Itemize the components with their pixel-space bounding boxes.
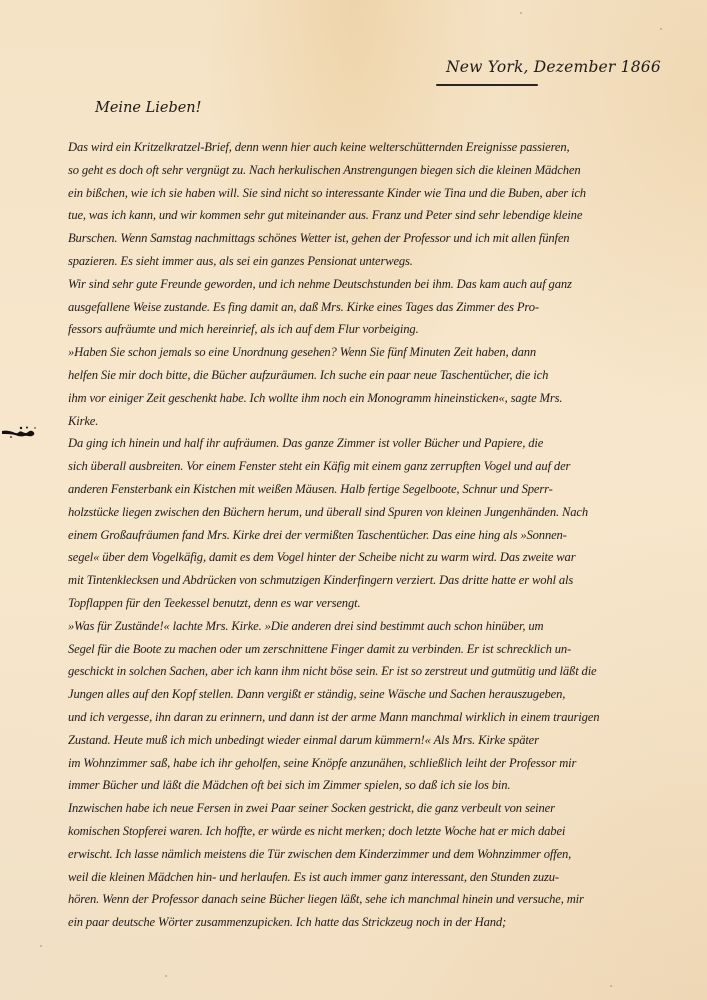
letter-dateline: New York, Dezember 1866 — [446, 58, 661, 76]
letter-line: ihm vor einiger Zeit geschenkt habe. Ich… — [68, 387, 648, 410]
letter-line: geschickt in solchen Sachen, aber ich ka… — [68, 660, 648, 683]
letter-line: weil die kleinen Mädchen hin- und herlau… — [68, 866, 648, 889]
ink-blot-icon — [2, 425, 38, 439]
letter-line: sich überall ausbreiten. Vor einem Fenst… — [68, 455, 648, 478]
letter-line: Burschen. Wenn Samstag nachmittags schön… — [68, 227, 648, 250]
paper-speck — [660, 28, 662, 30]
letter-line: und ich vergesse, ihn daran zu erinnern,… — [68, 706, 648, 729]
paper-speck — [165, 975, 167, 977]
letter-line: ausgefallene Weise zustande. Es fing dam… — [68, 296, 648, 319]
letter-line: Das wird ein Kritzelkratzel-Brief, denn … — [68, 136, 648, 159]
letter-line: einem Großaufräumen fand Mrs. Kirke drei… — [68, 524, 648, 547]
letter-line: Jungen alles auf den Kopf stellen. Dann … — [68, 683, 648, 706]
letter-line: mit Tintenklecksen und Abdrücken von sch… — [68, 569, 648, 592]
letter-line: Da ging ich hinein und half ihr aufräume… — [68, 432, 648, 455]
letter-line: holzstücke liegen zwischen den Büchern h… — [68, 501, 648, 524]
letter-page: New York, Dezember 1866 Meine Lieben! Da… — [0, 0, 707, 1000]
letter-line: Kirke. — [68, 410, 648, 433]
letter-line: immer Bücher und läßt die Mädchen oft be… — [68, 774, 648, 797]
letter-line: Inzwischen habe ich neue Fersen in zwei … — [68, 797, 648, 820]
dateline-underline — [436, 84, 538, 86]
letter-line: ein paar deutsche Wörter zusammenzupicke… — [68, 911, 648, 934]
letter-line: erwischt. Ich lasse nämlich meistens die… — [68, 843, 648, 866]
letter-line: Segel für die Boote zu machen oder um ze… — [68, 638, 648, 661]
letter-line: ein bißchen, wie ich sie haben will. Sie… — [68, 182, 648, 205]
letter-line: Topflappen für den Teekessel benutzt, de… — [68, 592, 648, 615]
letter-line: segel« über dem Vogelkäfig, damit es dem… — [68, 546, 648, 569]
letter-line: so geht es doch oft sehr vergnügt zu. Na… — [68, 159, 648, 182]
letter-line: komischen Stopferei waren. Ich hoffte, e… — [68, 820, 648, 843]
letter-body: Das wird ein Kritzelkratzel-Brief, denn … — [68, 136, 648, 934]
letter-line: fessors aufräumte und mich hereinrief, a… — [68, 318, 648, 341]
letter-line: im Wohnzimmer saß, habe ich ihr geholfen… — [68, 752, 648, 775]
letter-salutation: Meine Lieben! — [95, 100, 201, 116]
paper-speck — [610, 985, 612, 987]
letter-line: »Was für Zustände!« lachte Mrs. Kirke. »… — [68, 615, 648, 638]
letter-line: »Haben Sie schon jemals so eine Unordnun… — [68, 341, 648, 364]
letter-line: spazieren. Es sieht immer aus, als sei e… — [68, 250, 648, 273]
letter-line: Zustand. Heute muß ich mich unbedingt wi… — [68, 729, 648, 752]
letter-line: hören. Wenn der Professor danach seine B… — [68, 888, 648, 911]
paper-speck — [520, 12, 522, 14]
letter-line: helfen Sie mir doch bitte, die Bücher au… — [68, 364, 648, 387]
letter-line: Wir sind sehr gute Freunde geworden, und… — [68, 273, 648, 296]
letter-line: tue, was ich kann, und wir kommen sehr g… — [68, 204, 648, 227]
paper-speck — [40, 945, 42, 947]
letter-line: anderen Fensterbank ein Kistchen mit wei… — [68, 478, 648, 501]
